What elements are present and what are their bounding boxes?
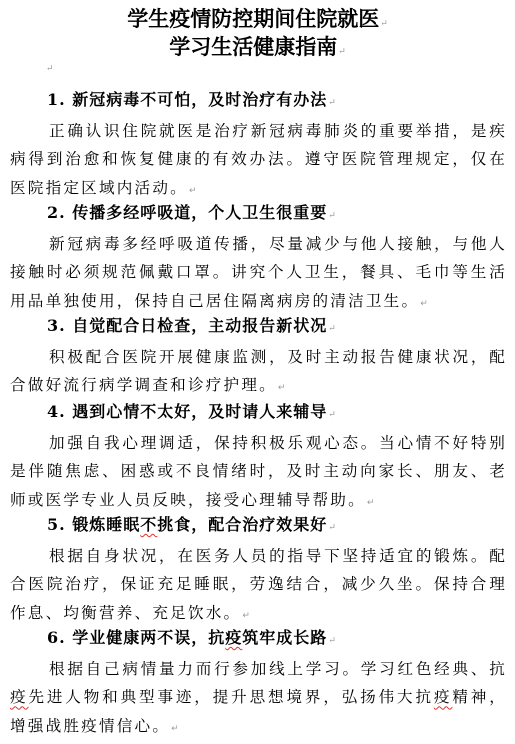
heading-text: 1. 新冠病毒不可怕，及时治疗有办法: [47, 90, 327, 109]
section-heading: 2. 传播多经呼吸道，个人卫生很重要↵: [10, 199, 507, 230]
paragraph-mark-icon: ↵: [189, 186, 199, 196]
section-heading: 3. 自觉配合日检查，主动报告新状况↵: [10, 312, 507, 343]
body-text: 先进人物和典型事迹，提升思想境界，弘扬伟大抗: [28, 688, 433, 706]
paragraph-mark-icon: ↵: [328, 523, 337, 533]
section-1: 1. 新冠病毒不可怕，及时治疗有办法↵ 正确认识住院就医是治疗新冠病毒肺炎的重要…: [10, 86, 507, 205]
body-text: 根据自身状况，在医务人员的指导下坚持适宜的锻炼。配合医院治疗，保证充足睡眠，劳逸…: [10, 547, 507, 622]
heading-text: 挑食，配合治疗效果好: [157, 515, 327, 534]
heading-text: 6. 学业健康两不误，抗: [47, 628, 225, 647]
heading-text: 5. 锻炼睡眠: [47, 515, 140, 534]
section-heading: 6. 学业健康两不误，抗疫筑牢成长路↵: [10, 624, 507, 655]
paragraph-mark-icon: ↵: [328, 636, 337, 646]
spellcheck-flag[interactable]: 不: [140, 515, 157, 534]
section-heading: 1. 新冠病毒不可怕，及时治疗有办法↵: [10, 86, 507, 117]
heading-text: 4. 遇到心情不太好，及时请人来辅导: [47, 402, 327, 421]
spellcheck-flag[interactable]: 疫: [434, 688, 452, 706]
document-title-line-2: 学习生活健康指南↵: [0, 34, 515, 65]
spellcheck-flag[interactable]: 疫: [10, 688, 28, 706]
heading-text: 筑牢成长路: [242, 628, 327, 647]
paragraph-mark-icon: ↵: [328, 324, 337, 334]
document-page: 学生疫情防控期间住院就医↵ 学习生活健康指南↵ ↵ 1. 新冠病毒不可怕，及时治…: [0, 0, 515, 744]
section-body: 加强自我心理调适，保持积极乐观心态。当心情不好特别是伴随焦虑、困惑或不良情绪时，…: [10, 429, 507, 517]
paragraph-mark-icon: ↵: [278, 383, 288, 393]
paragraph-mark-icon: ↵: [338, 47, 346, 57]
section-body: 根据自身状况，在医务人员的指导下坚持适宜的锻炼。配合医院治疗，保证充足睡眠，劳逸…: [10, 542, 507, 630]
paragraph-mark-icon: ↵: [171, 724, 181, 734]
section-body: 正确认识住院就医是治疗新冠病毒肺炎的重要举措，是疾病得到治愈和恢复健康的有效办法…: [10, 117, 507, 205]
document-title-line-1: 学生疫情防控期间住院就医↵: [0, 6, 515, 37]
section-body: 积极配合医院开展健康监测，及时主动报告健康状况，配合做好流行病学调查和诊疗护理。…: [10, 343, 507, 403]
body-text: 根据自己病情量力而行参加线上学习。学习红色经典、抗: [49, 660, 507, 678]
section-4: 4. 遇到心情不太好，及时请人来辅导↵ 加强自我心理调适，保持积极乐观心态。当心…: [10, 398, 507, 517]
paragraph-mark-icon: ↵: [242, 611, 252, 621]
section-3: 3. 自觉配合日检查，主动报告新状况↵ 积极配合医院开展健康监测，及时主动报告健…: [10, 312, 507, 403]
paragraph-mark-icon: ↵: [328, 410, 337, 420]
body-text: 新冠病毒多经呼吸道传播，尽量减少与他人接触，与他人接触时必须规范佩戴口罩。讲究个…: [10, 235, 507, 310]
title-text-1: 学生疫情防控期间住院就医: [127, 6, 379, 31]
section-6: 6. 学业健康两不误，抗疫筑牢成长路↵ 根据自己病情量力而行参加线上学习。学习红…: [10, 624, 507, 743]
body-text: 加强自我心理调适，保持积极乐观心态。当心情不好特别是伴随焦虑、困惑或不良情绪时，…: [10, 434, 507, 509]
body-text: 积极配合医院开展健康监测，及时主动报告健康状况，配合做好流行病学调查和诊疗护理。: [10, 348, 507, 394]
section-heading: 4. 遇到心情不太好，及时请人来辅导↵: [10, 398, 507, 429]
section-5: 5. 锻炼睡眠不挑食，配合治疗效果好↵ 根据自身状况，在医务人员的指导下坚持适宜…: [10, 511, 507, 630]
paragraph-mark-icon: ↵: [420, 299, 430, 309]
heading-text: 2. 传播多经呼吸道，个人卫生很重要: [47, 203, 327, 222]
paragraph-mark-icon: ↵: [380, 19, 388, 29]
heading-text: 3. 自觉配合日检查，主动报告新状况: [47, 316, 327, 335]
paragraph-mark-icon: ↵: [328, 211, 337, 221]
body-text: 正确认识住院就医是治疗新冠病毒肺炎的重要举措，是疾病得到治愈和恢复健康的有效办法…: [10, 122, 507, 197]
paragraph-mark-icon: ↵: [367, 498, 377, 508]
spellcheck-flag[interactable]: 疫: [225, 628, 242, 647]
title-text-2: 学习生活健康指南: [169, 34, 337, 59]
section-body: 新冠病毒多经呼吸道传播，尽量减少与他人接触，与他人接触时必须规范佩戴口罩。讲究个…: [10, 230, 507, 318]
section-body: 根据自己病情量力而行参加线上学习。学习红色经典、抗疫先进人物和典型事迹，提升思想…: [10, 655, 507, 743]
section-heading: 5. 锻炼睡眠不挑食，配合治疗效果好↵: [10, 511, 507, 542]
empty-paragraph-mark-icon: ↵: [46, 64, 54, 74]
paragraph-mark-icon: ↵: [328, 98, 337, 108]
section-2: 2. 传播多经呼吸道，个人卫生很重要↵ 新冠病毒多经呼吸道传播，尽量减少与他人接…: [10, 199, 507, 318]
